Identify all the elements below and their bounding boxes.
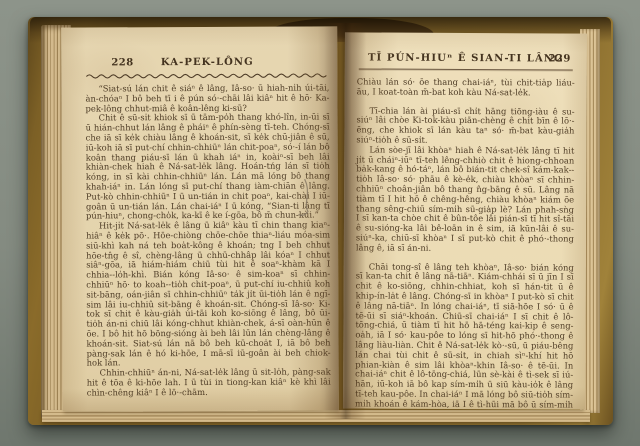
paragraph: “Siat-sú lán chit ê siáⁿ ê lâng, Iâ-so· … — [85, 83, 329, 113]
open-book: 228 KA-PEK-LÔNG “Siat-sú lán chit ê siáⁿ… — [28, 17, 613, 425]
paragraph: Tī-chia lán ài piáu-sī chi̍t hāng tiōng-… — [356, 106, 574, 146]
right-running-title: TĪ PÚN-HIUⁿ Ê SIAN-TI LÂNG — [368, 52, 564, 64]
left-page-number: 228 — [111, 57, 133, 68]
paragraph: Chāi tong-sî ê lâng teh khòaⁿ, Iâ-so· bi… — [355, 262, 574, 410]
paragraph: Lán sòe-jī lâi khòaⁿ hiah ê Ná-sat-le̍k … — [356, 145, 575, 254]
left-page: 228 KA-PEK-LÔNG “Siat-sú lán chit ê siáⁿ… — [61, 26, 339, 411]
left-running-title: KA-PEK-LÔNG — [161, 57, 254, 68]
paragraph: Hit-ji̍t Ná-sat-le̍k ê lâng ū kiâⁿ kàu t… — [86, 221, 331, 369]
right-page-body: Chiàu lán só· ōe thang chai-iáⁿ, tùi chi… — [355, 77, 575, 409]
paragraph: Chit ê sū-si̍t khiok sī ū tām-po̍h thang… — [86, 113, 330, 222]
header-rule — [359, 68, 573, 70]
right-page-number: 229 — [548, 53, 570, 64]
left-page-header: 228 KA-PEK-LÔNG — [85, 56, 329, 70]
left-page-body: “Siat-sú lán chit ê siáⁿ ê lâng, Iâ-so· … — [85, 83, 330, 398]
paragraph: Chiàu lán só· ōe thang chai-iáⁿ, tùi chi… — [357, 77, 575, 98]
pencil-bracket-annotation — [298, 179, 314, 219]
bottom-page-edges — [42, 410, 590, 422]
right-page: TĪ PÚN-HIUⁿ Ê SIAN-TI LÂNG 229 Chiàu lán… — [343, 32, 587, 409]
right-page-header: TĪ PÚN-HIUⁿ Ê SIAN-TI LÂNG 229 — [357, 52, 575, 66]
header-ornament-rule — [85, 71, 329, 79]
paragraph: Chhin-chhiūⁿ án-ni, Ná-sat-le̍k lâng ū s… — [87, 368, 331, 398]
